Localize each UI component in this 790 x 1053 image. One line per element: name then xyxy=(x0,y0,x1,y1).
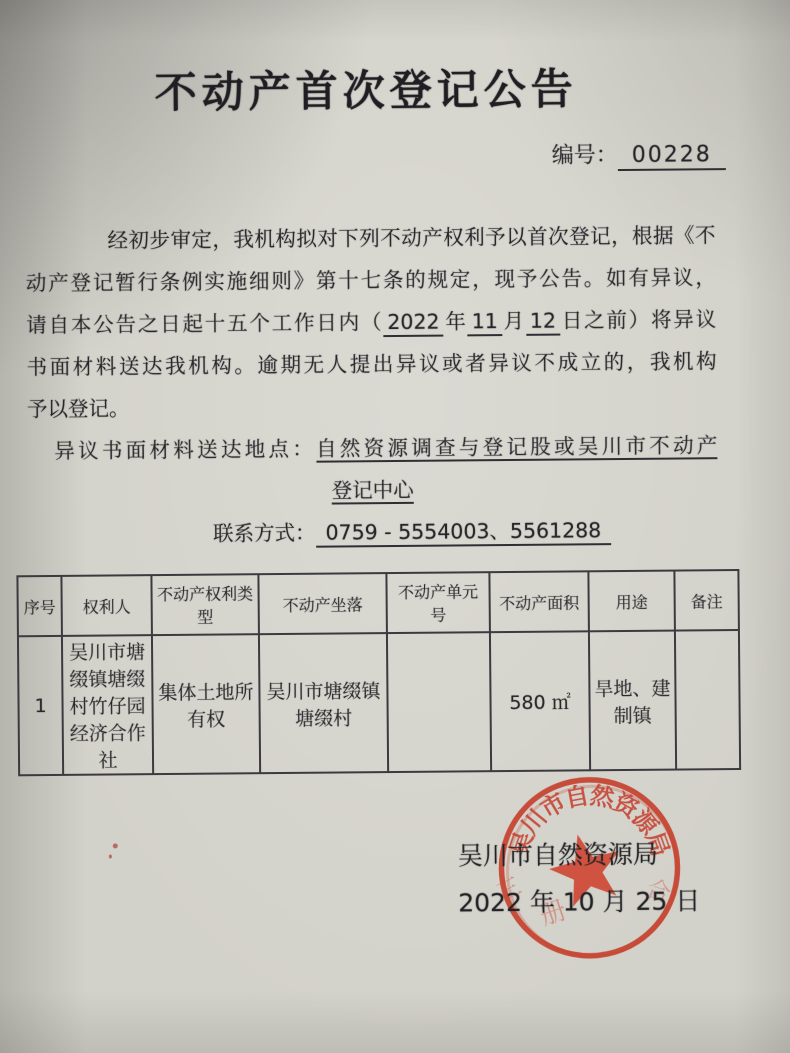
col-header-right-type: 不动产权利类型 xyxy=(151,574,259,635)
body-line-delivery-place: 异议书面材料送达地点：自然资源调查与登记股或吴川市不动产 xyxy=(27,424,717,472)
col-header-remarks: 备注 xyxy=(674,570,739,631)
ink-speck xyxy=(109,854,112,858)
deadline-pre: 请自本公告之日起十五个工作日内（ xyxy=(26,310,383,337)
doc-number: 编号：00228 xyxy=(552,137,726,170)
body-line-5: 予以登记。 xyxy=(27,382,717,430)
doc-number-value: 00228 xyxy=(618,142,726,171)
body-line-4: 书面材料送达我机构。逾期无人提出异议或者异议不成立的，我机构 xyxy=(26,340,716,388)
col-header-location: 不动产坐落 xyxy=(258,573,387,634)
body-line-2: 动产登记暂行条例实施细则》第十七条的规定，现予公告。如有异议， xyxy=(26,256,716,304)
body-line-contact: 联系方式：0759 - 5554003、5561288 xyxy=(28,508,718,556)
deadline-day: 12 xyxy=(526,309,560,336)
delivery-place-value: 自然资源调查与登记股或吴川市不动产 xyxy=(316,433,717,463)
cell-right-holder: 吴川市塘缀镇塘缀村竹仔园经济合作社 xyxy=(62,635,153,775)
delivery-place-label: 异议书面材料送达地点： xyxy=(54,437,316,463)
cell-location: 吴川市塘缀镇塘缀村 xyxy=(259,633,388,773)
cell-right-type: 集体土地所有权 xyxy=(152,634,260,774)
document-photo: 不动产首次登记公告 编号：00228 经初步审定，我机构拟对下列不动产权利予以首… xyxy=(0,0,790,1053)
deadline-month: 11 xyxy=(468,309,502,336)
cell-use: 旱地、建制镇 xyxy=(589,631,676,771)
deadline-year-unit: 年 xyxy=(443,309,467,333)
cell-unit-no xyxy=(387,632,491,772)
col-header-area: 不动产面积 xyxy=(489,571,589,632)
page-title: 不动产首次登记公告 xyxy=(0,55,736,121)
col-header-unit-no: 不动产单元号 xyxy=(386,572,490,633)
registration-table: 序号 权利人 不动产权利类型 不动产坐落 不动产单元号 不动产面积 用途 备注 … xyxy=(16,569,741,776)
registration-center-text: 登记中心 xyxy=(332,478,414,505)
announcement-sheet: 不动产首次登记公告 编号：00228 经初步审定，我机构拟对下列不动产权利予以首… xyxy=(0,0,790,1053)
deadline-month-unit: 月 xyxy=(502,309,526,333)
cell-remarks xyxy=(675,630,740,770)
contact-phone: 0759 - 5554003、5561288 xyxy=(315,518,611,548)
issue-date: 2022 年 10 月 25 日 xyxy=(458,881,700,919)
col-header-use: 用途 xyxy=(588,571,675,632)
contact-label: 联系方式： xyxy=(213,521,316,546)
body-line-center: 登记中心 xyxy=(28,466,718,514)
cell-seq: 1 xyxy=(18,636,63,775)
deadline-post: 日之前）将异议 xyxy=(560,307,716,332)
deadline-year: 2022 xyxy=(383,310,443,338)
table-header-row: 序号 权利人 不动产权利类型 不动产坐落 不动产单元号 不动产面积 用途 备注 xyxy=(17,570,738,636)
announcement-body: 经初步审定，我机构拟对下列不动产权利予以首次登记，根据《不 动产登记暂行条例实施… xyxy=(25,214,718,556)
table-row: 1 吴川市塘缀镇塘缀村竹仔园经济合作社 集体土地所有权 吴川市塘缀镇塘缀村 58… xyxy=(18,630,740,775)
ink-speck xyxy=(113,843,118,848)
cell-area: 580 ㎡ xyxy=(490,631,590,771)
doc-number-label: 编号： xyxy=(552,143,618,169)
body-line-1: 经初步审定，我机构拟对下列不动产权利予以首次登记，根据《不 xyxy=(25,214,715,262)
body-line-deadline: 请自本公告之日起十五个工作日内（2022年11月12日之前）将异议 xyxy=(26,298,716,346)
col-header-right-holder: 权利人 xyxy=(61,575,152,636)
issuer-name: 吴川市自然资源局 xyxy=(458,835,658,873)
col-header-seq: 序号 xyxy=(17,576,62,636)
